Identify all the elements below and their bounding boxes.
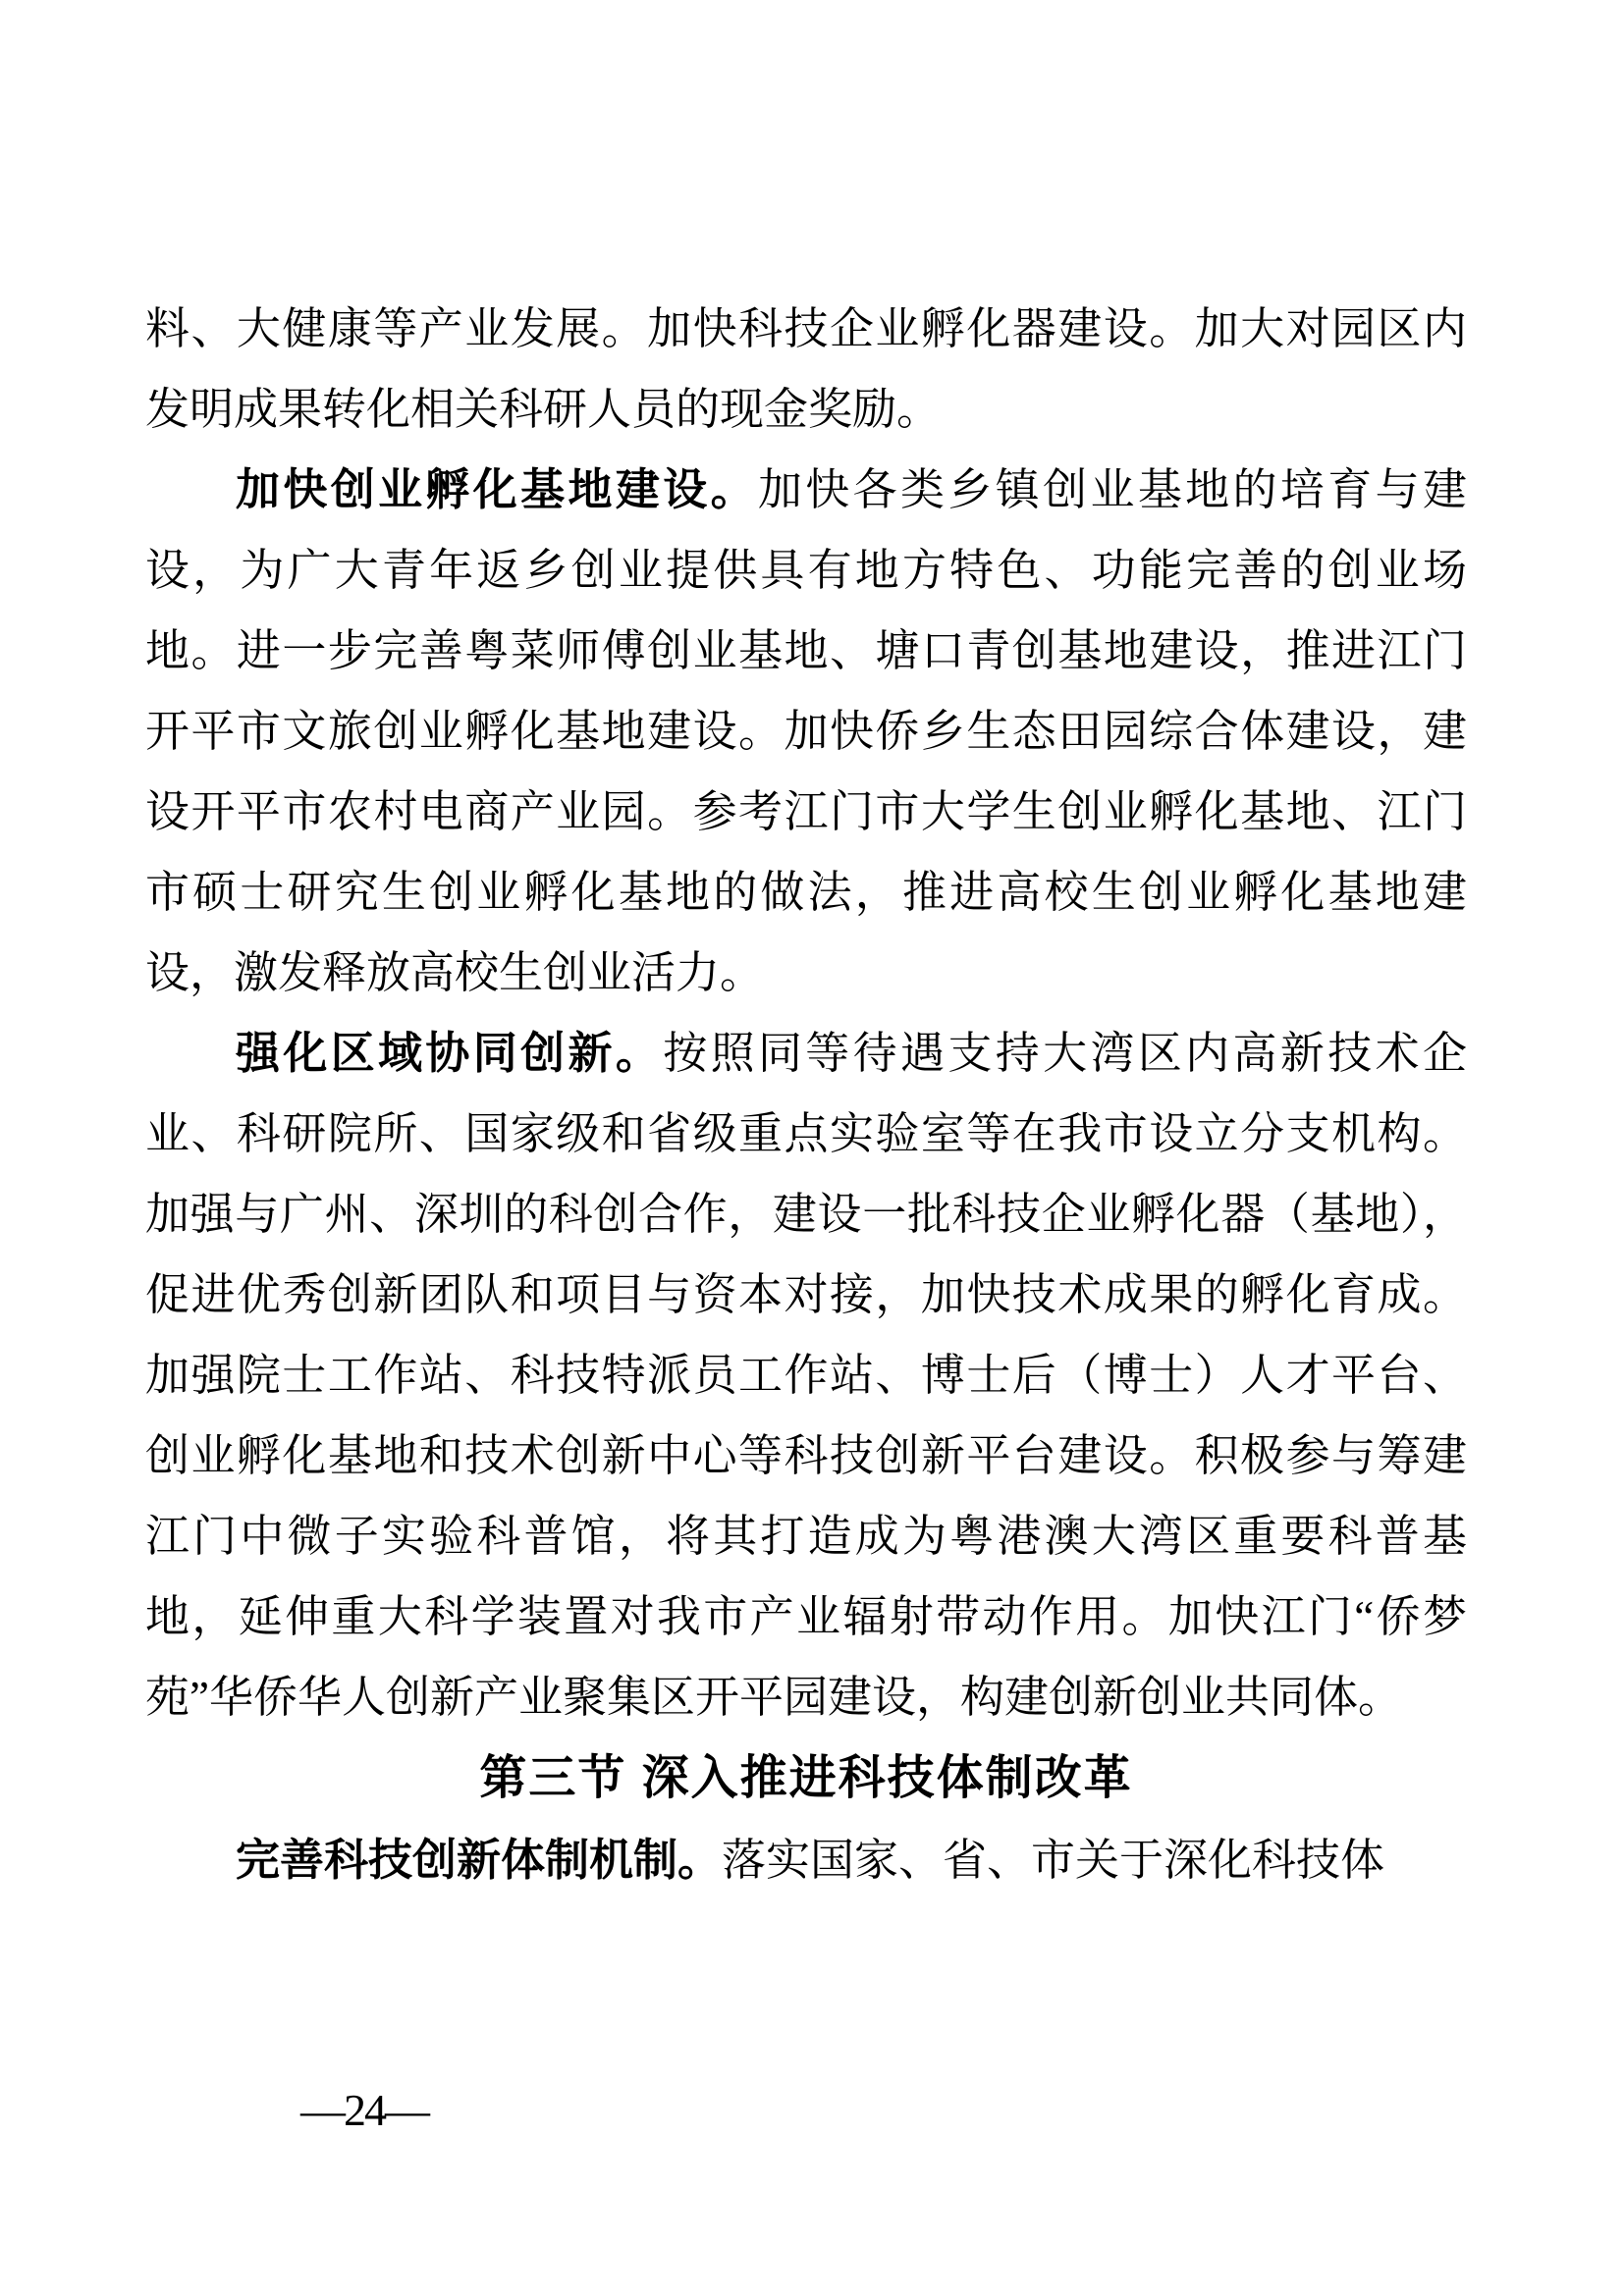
paragraph-lead: 加快创业孵化基地建设。 [236, 465, 758, 514]
paragraph-incubation-bases: 加快创业孵化基地建设。加快各类乡镇创业基地的培育与建设，为广大青年返乡创业提供具… [145, 450, 1467, 1013]
page-number: —24— [300, 2083, 428, 2137]
paragraph-lead: 强化区域协同创新。 [236, 1029, 663, 1078]
section-heading: 第三节 深入推进科技体制改革 [145, 1737, 1467, 1820]
paragraph-continuation: 料、大健康等产业发展。加快科技企业孵化器建设。加大对园区内发明成果转化相关科研人… [145, 289, 1467, 450]
paragraph-lead: 完善科技创新体制机制。 [236, 1836, 722, 1885]
paragraph-text: 料、大健康等产业发展。加快科技企业孵化器建设。加大对园区内发明成果转化相关科研人… [145, 304, 1467, 434]
paragraph-regional-innovation: 强化区域协同创新。按照同等待遇支持大湾区内高新技术企业、科研院所、国家级和省级重… [145, 1013, 1467, 1737]
document-body: 料、大健康等产业发展。加快科技企业孵化器建设。加大对园区内发明成果转化相关科研人… [145, 289, 1467, 1900]
paragraph-text: 加快各类乡镇创业基地的培育与建设，为广大青年返乡创业提供具有地方特色、功能完善的… [145, 465, 1467, 997]
paragraph-text: 落实国家、省、市关于深化科技体 [722, 1836, 1384, 1885]
document-page: 料、大健康等产业发展。加快科技企业孵化器建设。加大对园区内发明成果转化相关科研人… [0, 0, 1624, 2296]
paragraph-text: 按照同等待遇支持大湾区内高新技术企业、科研院所、国家级和省级重点实验室等在我市设… [145, 1029, 1467, 1722]
paragraph-system-reform: 完善科技创新体制机制。落实国家、省、市关于深化科技体 [145, 1820, 1467, 1900]
